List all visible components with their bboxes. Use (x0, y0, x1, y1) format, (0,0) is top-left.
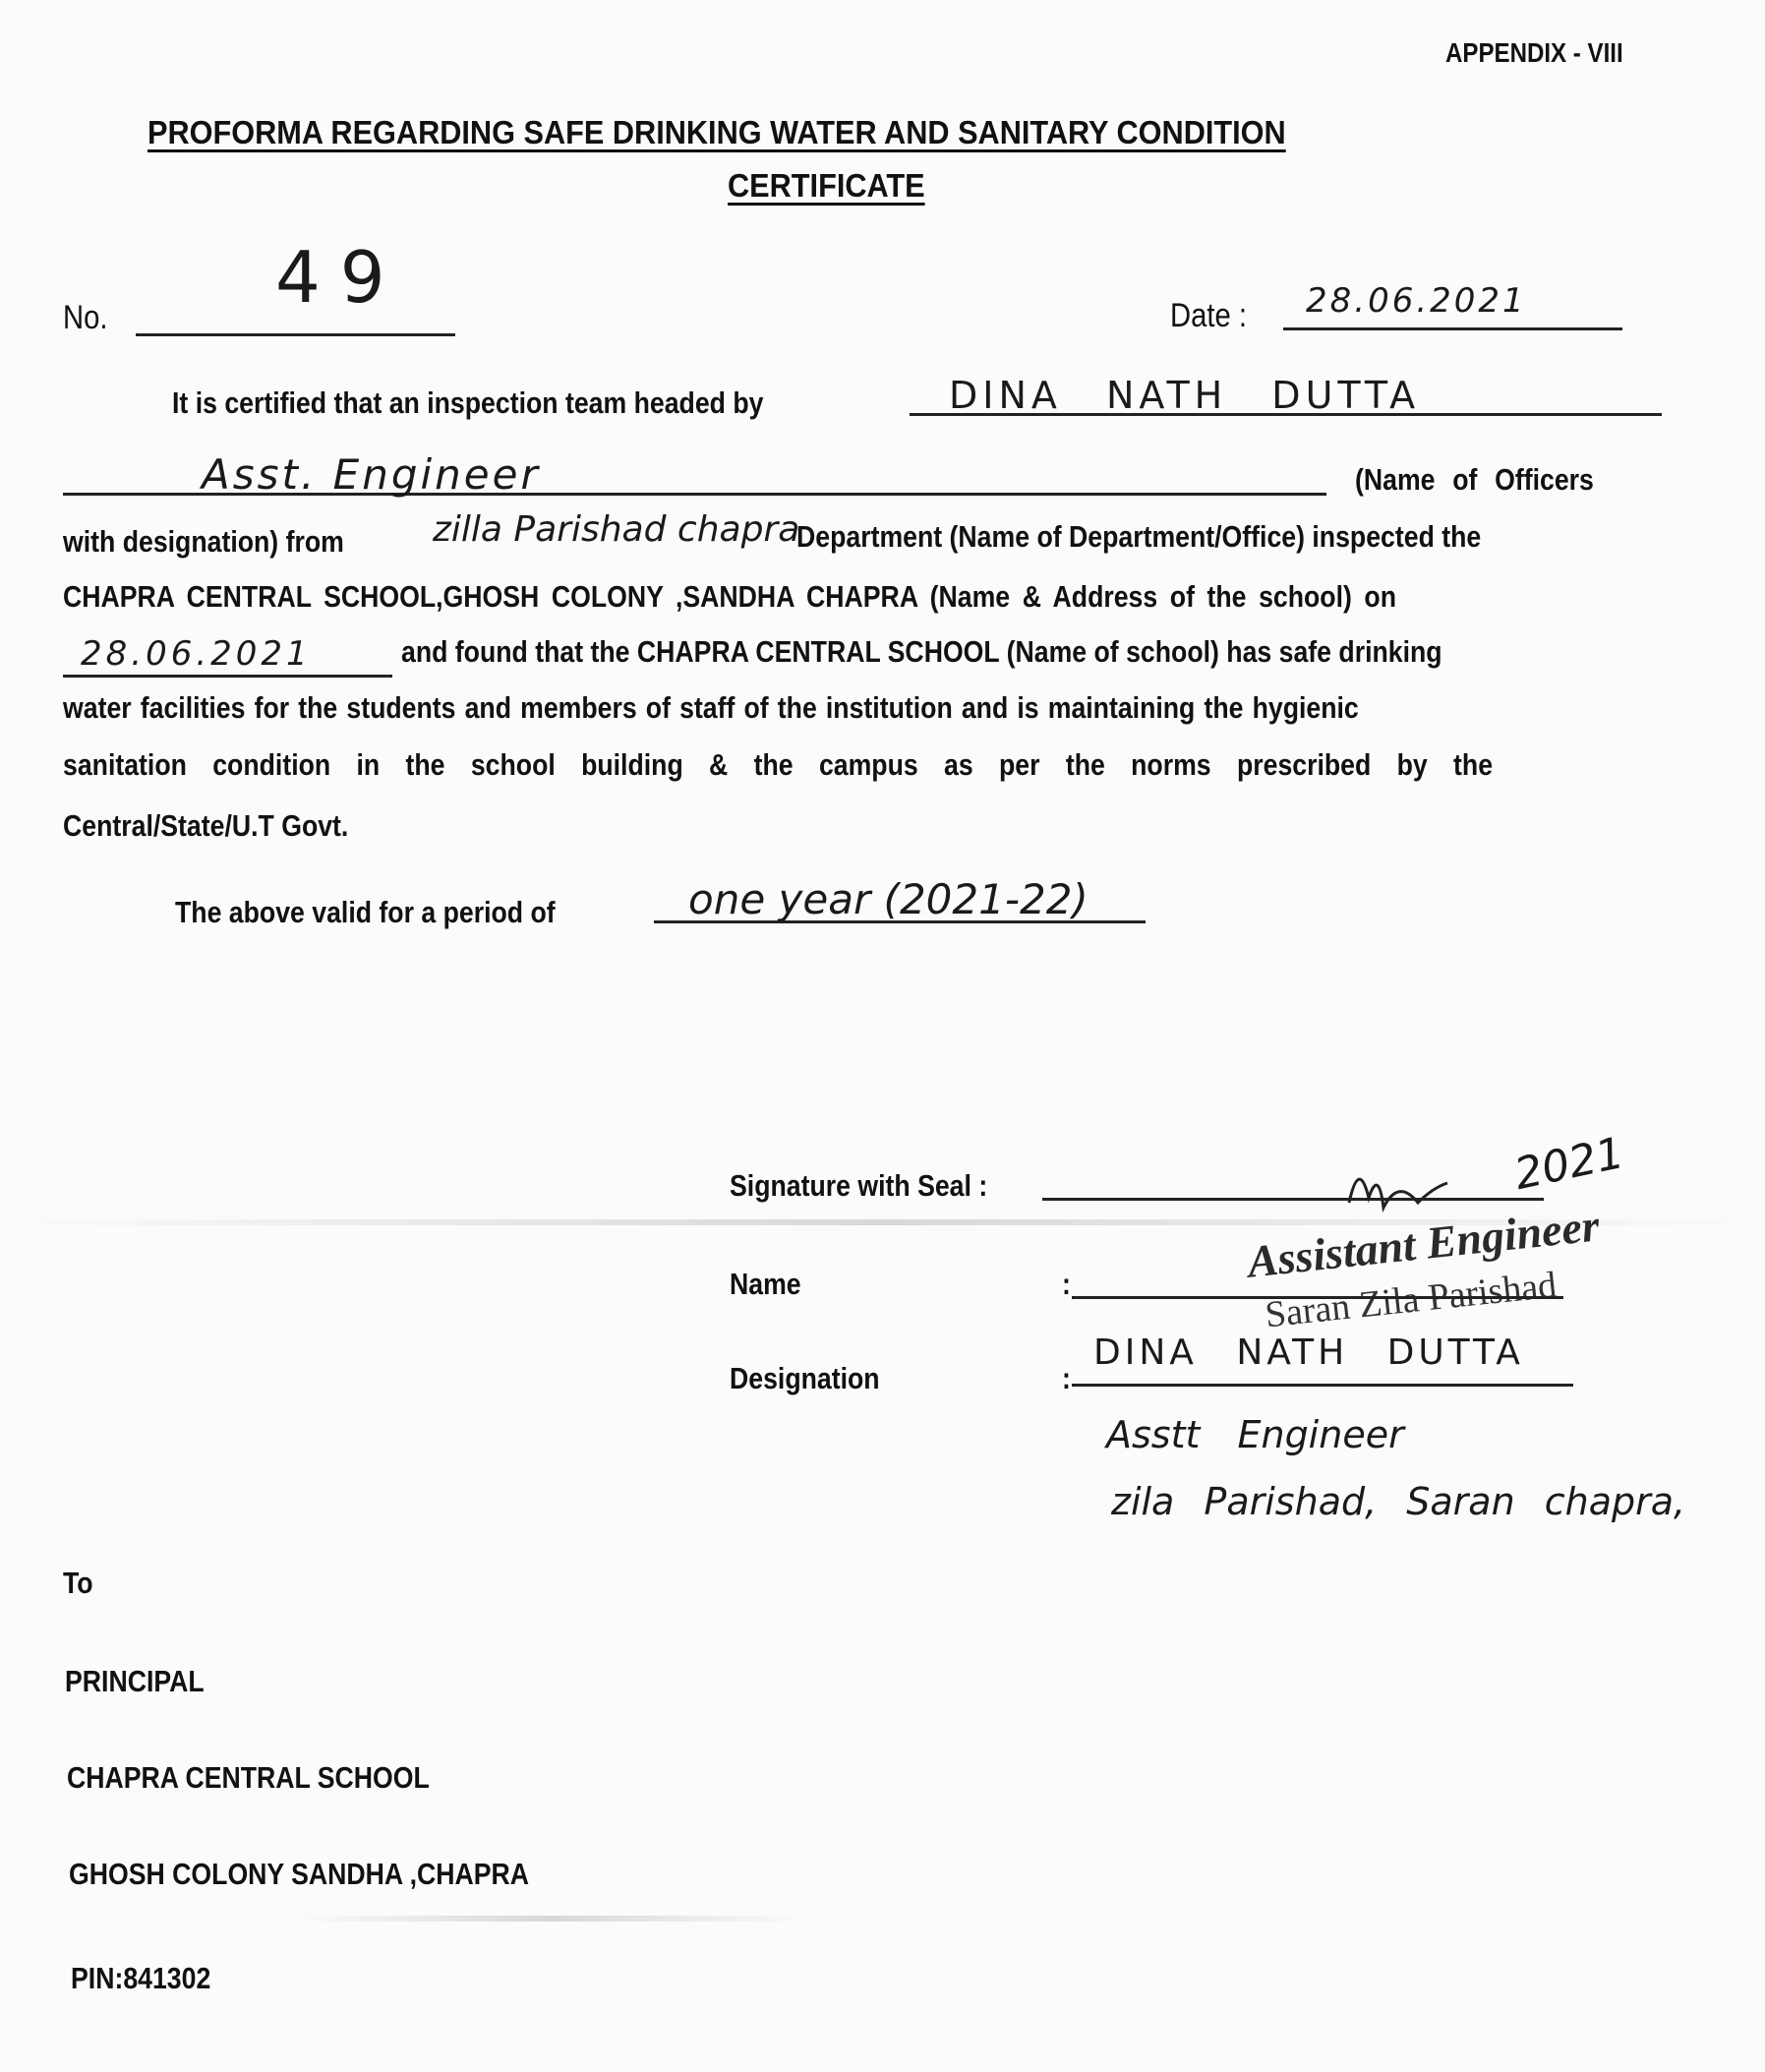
with-designation-text: with designation) from (63, 524, 344, 560)
school-address-text: CHAPRA CENTRAL SCHOOL,GHOSH COLONY ,SAND… (63, 579, 1396, 615)
body-line-sanitation: sanitation condition in the school build… (63, 747, 1493, 783)
designation-colon: : (1062, 1361, 1071, 1396)
date-label: Date : (1170, 297, 1247, 335)
designation-underline (1072, 1384, 1573, 1387)
body-line-govt: Central/State/U.T Govt. (63, 808, 348, 844)
date-underline (1283, 327, 1622, 330)
appendix-label: APPENDIX - VIII (1445, 37, 1623, 69)
address-principal: PRINCIPAL (65, 1664, 205, 1699)
name-label: Name (730, 1267, 801, 1302)
signature-label: Signature with Seal : (730, 1168, 987, 1204)
officer-name-value: DINA NATH DUTTA (949, 374, 1420, 417)
name-underline (1072, 1296, 1563, 1299)
name-of-officers-text: (Name of Officers (1355, 462, 1594, 498)
inspection-date-underline (63, 675, 392, 678)
name-colon: : (1062, 1267, 1071, 1302)
found-text: and found that the CHAPRA CENTRAL SCHOOL… (401, 634, 1442, 670)
address-school: CHAPRA CENTRAL SCHOOL (67, 1760, 430, 1796)
inspection-date-value: 28.06.2021 (81, 634, 312, 674)
number-underline (136, 333, 455, 336)
signatory-designation-line1: Asstt Engineer (1106, 1413, 1404, 1456)
signatory-name-value: DINA NATH DUTTA (1093, 1332, 1524, 1373)
intro-text: It is certified that an inspection team … (172, 385, 763, 421)
designation-label: Designation (730, 1361, 880, 1396)
date-value: 28.06.2021 (1306, 281, 1527, 321)
department-text: Department (Name of Department/Office) i… (796, 519, 1481, 555)
address-pin: PIN:841302 (71, 1961, 210, 1996)
number-label: No. (63, 299, 108, 337)
validity-value: one year (2021-22) (688, 875, 1088, 923)
paper-smudge (295, 1916, 806, 1922)
address-to: To (63, 1566, 93, 1601)
document-title: PROFORMA REGARDING SAFE DRINKING WATER A… (147, 114, 1286, 151)
officer-designation-value: Asst. Engineer (202, 450, 541, 499)
document-subtitle: CERTIFICATE (728, 167, 925, 205)
signatory-designation-line2: zila Parishad, Saran chapra, (1111, 1480, 1685, 1523)
number-value: 49 (275, 236, 405, 319)
address-locality: GHOSH COLONY SANDHA ,CHAPRA (69, 1857, 529, 1892)
body-line-water: water facilities for the students and me… (63, 690, 1359, 726)
department-value: zilla Parishad chapra (433, 509, 799, 550)
validity-label: The above valid for a period of (175, 895, 556, 930)
signature-date-scrawl: 2021 (1510, 1128, 1628, 1200)
signature-underline (1042, 1198, 1544, 1201)
signature-mark (1339, 1149, 1408, 1208)
